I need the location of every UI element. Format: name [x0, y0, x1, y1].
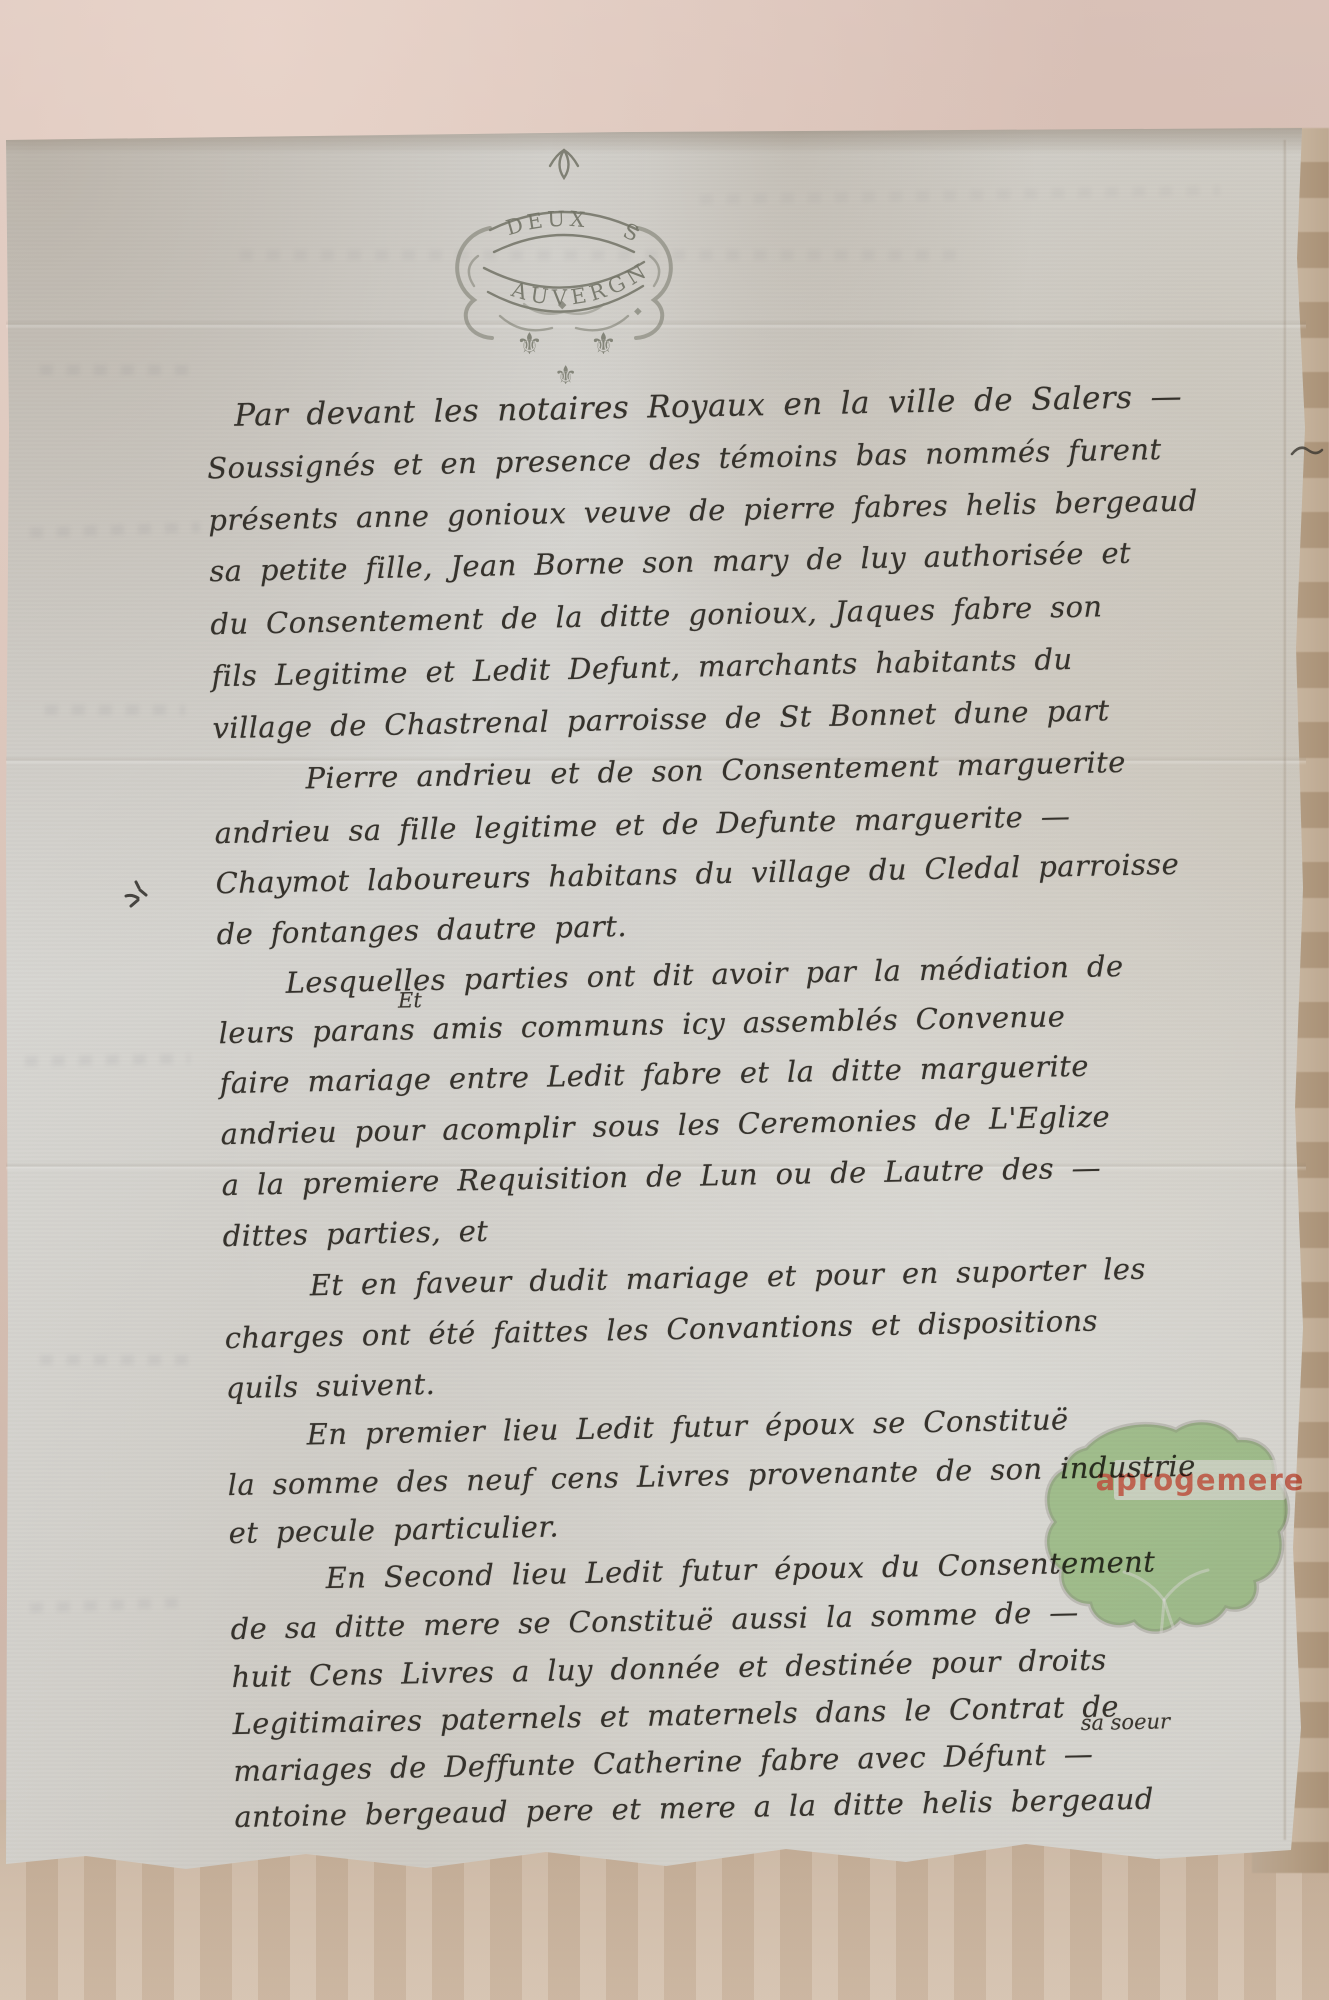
manuscript-line: antoine bergeaud pere et mere a la ditte…	[234, 1782, 1154, 1834]
interlinear-insertion: Et	[398, 988, 422, 1012]
manuscript-line: Et en faveur dudit mariage et pour en su…	[309, 1252, 1146, 1303]
margin-ink-blot	[116, 878, 152, 912]
manuscript-line: leurs parans amis communs icy assemblés …	[218, 999, 1065, 1050]
manuscript-line: du Consentement de la ditte gonioux, Jaq…	[210, 589, 1103, 641]
manuscript-line: andrieu pour acomplir sous les Ceremonie…	[220, 1099, 1110, 1151]
manuscript-line: quils suivent.	[225, 1367, 435, 1405]
manuscript-line: de sa ditte mere se Constituë aussi la s…	[230, 1595, 1079, 1646]
watermark-map-shape	[1047, 1422, 1288, 1631]
manuscript-line: huit Cens Livres a luy donnée et destiné…	[231, 1643, 1107, 1695]
manuscript-line: Pierre andrieu et de son Consentement ma…	[305, 745, 1126, 795]
manuscript-line: Chaymot laboureurs habitans du village d…	[215, 847, 1179, 900]
manuscript-line: fils Legitime et Ledit Defunt, marchants…	[211, 642, 1073, 693]
manuscript-line: andrieu sa fille legitime et de Defunte …	[214, 799, 1070, 850]
watermark-label: aprogemere	[1096, 1463, 1305, 1497]
manuscript-line: village de Chastrenal parroisse de St Bo…	[212, 693, 1110, 745]
manuscript-line: sa petite fille, Jean Borne son mary de …	[209, 536, 1131, 588]
manuscript-line: charges ont été faittes les Convantions …	[224, 1304, 1098, 1356]
manuscript-line: Legitimaires paternels et maternels dans…	[232, 1689, 1119, 1741]
photograph-of-manuscript: { "stamp": { "band_top": "DEUX SOLS", "b…	[0, 0, 1329, 2000]
manuscript-line: de fontanges dautre part.	[216, 909, 627, 951]
manuscript-line: a la premiere Requisition de Lun ou de L…	[221, 1151, 1101, 1203]
interlinear-insertion: sa soeur	[1080, 1709, 1170, 1735]
manuscript-line: En premier lieu Ledit futur époux se Con…	[306, 1402, 1068, 1451]
manuscript-line: dittes parties, et	[222, 1214, 488, 1253]
manuscript-line: Soussignés et en presence des témoins ba…	[207, 432, 1162, 485]
manuscript-line: faire mariage entre Ledit fabre et la di…	[219, 1049, 1089, 1100]
watermark: aprogemere	[1026, 1408, 1316, 1708]
manuscript-line: présents anne gonioux veuve de pierre fa…	[208, 483, 1198, 537]
manuscript-line: Par devant les notaires Royaux en la vil…	[234, 379, 1182, 434]
manuscript-line: mariages de Deffunte Catherine fabre ave…	[233, 1737, 1093, 1788]
manuscript-line: et pecule particulier.	[228, 1509, 559, 1550]
edge-ink-mark	[1290, 440, 1324, 462]
